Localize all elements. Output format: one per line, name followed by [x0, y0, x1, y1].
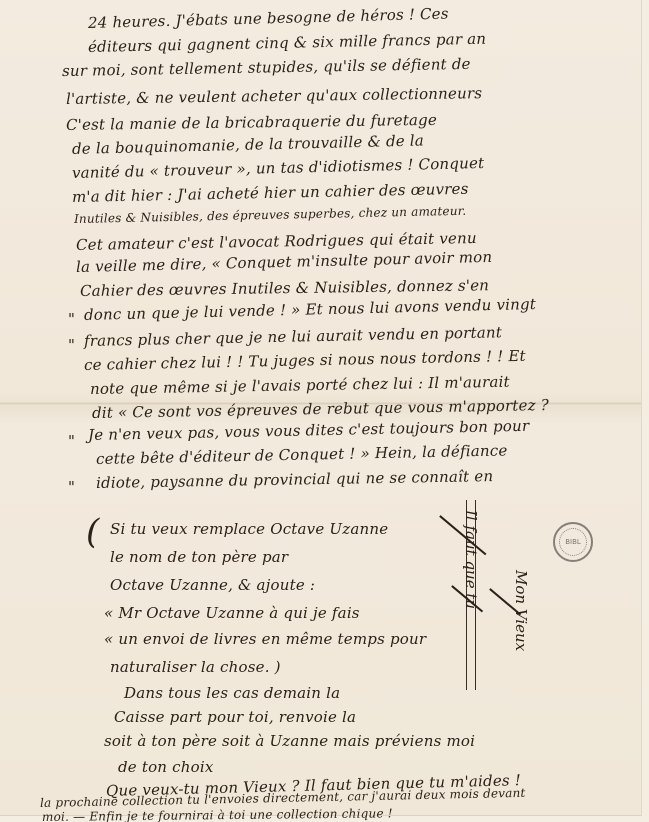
- closing-line: moi. — Enfin je te fournirai à toi une c…: [42, 806, 393, 822]
- closing-line: Dans tous les cas demain la: [124, 684, 340, 702]
- parenthetical-line: Octave Uzanne, & ajoute :: [110, 576, 315, 594]
- marginal-text-vertical: Mon Vieux: [512, 570, 530, 710]
- marginal-text-vertical: Il faut que tu: [462, 510, 480, 609]
- open-parenthesis: (: [86, 512, 99, 552]
- parenthetical-line: le nom de ton père par: [110, 548, 288, 566]
- closing-line: Caisse part pour toi, renvoie la: [114, 708, 356, 726]
- stamp-inner-ring: BIBL: [559, 528, 587, 556]
- closing-line: de ton choix: [118, 758, 213, 776]
- closing-line: soit à ton père soit à Uzanne mais prévi…: [104, 732, 475, 750]
- parenthetical-line: Si tu veux remplace Octave Uzanne: [110, 520, 388, 538]
- quote-mark: ": [68, 336, 75, 354]
- quote-mark: ": [68, 310, 75, 328]
- quote-mark: ": [68, 478, 75, 496]
- quote-mark: ": [68, 432, 75, 450]
- stamp-text: BIBL: [565, 538, 581, 546]
- parenthetical-line: « un envoi de livres en même temps pour: [104, 630, 426, 648]
- parenthetical-line: « Mr Octave Uzanne à qui je fais: [104, 604, 360, 622]
- library-stamp: BIBL: [553, 522, 593, 562]
- parenthetical-line: naturaliser la chose. ): [110, 658, 281, 676]
